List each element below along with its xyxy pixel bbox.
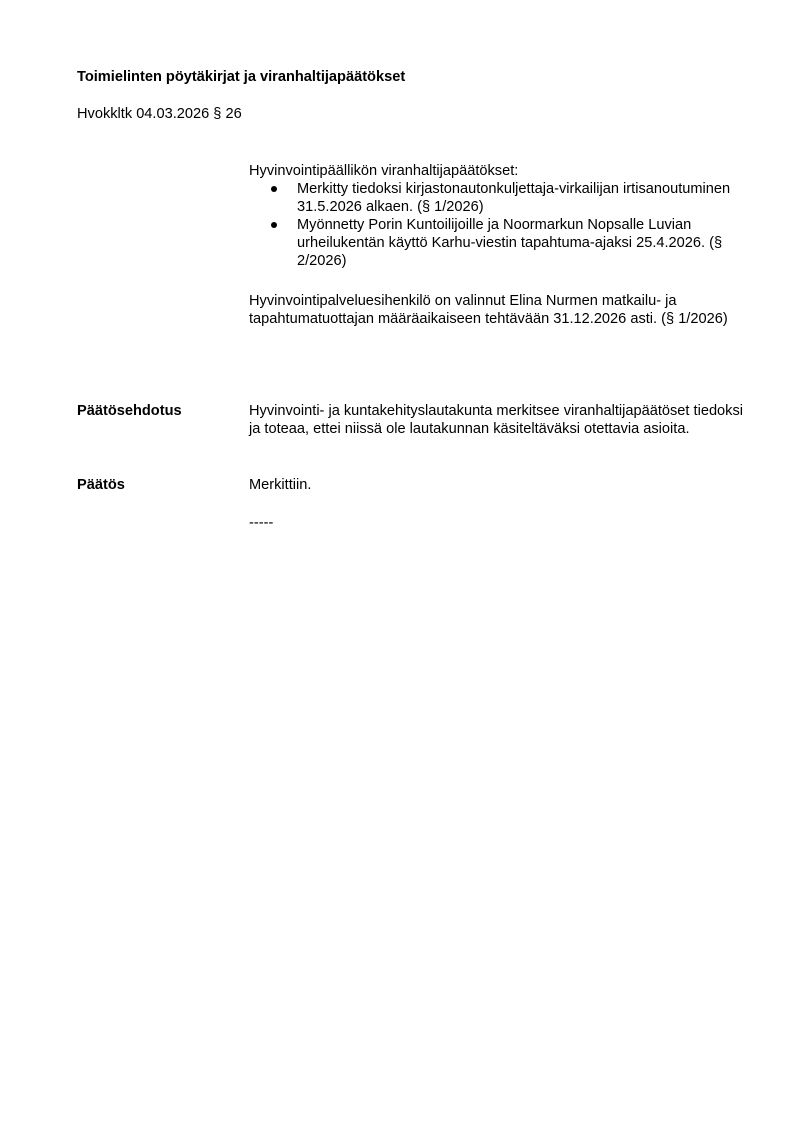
- proposal-text: Hyvinvointi- ja kuntakehityslautakunta m…: [249, 402, 749, 438]
- proposal-label: Päätösehdotus: [77, 402, 247, 420]
- staff-decision: Hyvinvointipalveluesihenkilö on valinnut…: [249, 292, 749, 328]
- meeting-reference: Hvokkltk 04.03.2026 § 26: [77, 105, 242, 123]
- decision-list: Merkitty tiedoksi kirjastonautonkuljetta…: [249, 180, 749, 270]
- decision-text: Merkittiin.: [249, 476, 749, 494]
- decisions-intro: Hyvinvointipäällikön viranhaltijapäätöks…: [249, 162, 749, 180]
- decision-item: Merkitty tiedoksi kirjastonautonkuljetta…: [297, 180, 749, 216]
- document-heading: Toimielinten pöytäkirjat ja viranhaltija…: [77, 68, 405, 86]
- officeholder-decisions: Hyvinvointipäällikön viranhaltijapäätöks…: [249, 162, 749, 270]
- separator: -----: [249, 514, 749, 532]
- decision-item: Myönnetty Porin Kuntoilijoille ja Noorma…: [297, 216, 749, 270]
- decision-label: Päätös: [77, 476, 247, 494]
